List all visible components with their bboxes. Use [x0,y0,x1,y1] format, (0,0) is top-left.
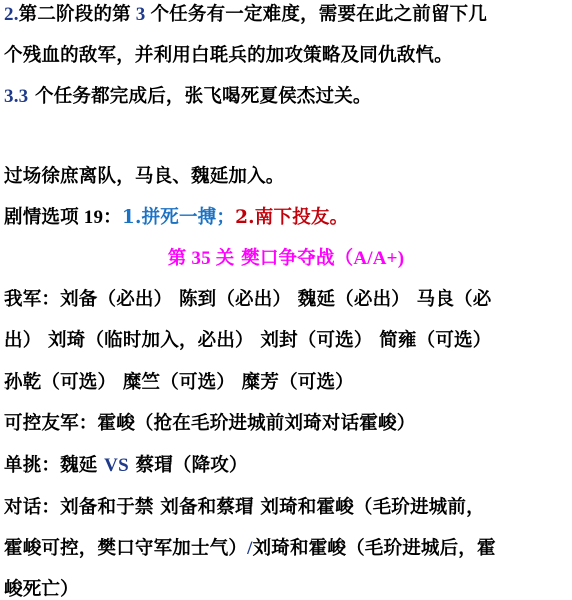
stage-name: 关 樊口争夺战（ [216,248,354,269]
duel-rest: 蔡瑁（降攻） [129,455,248,476]
controllable-ally-line: 可控友军：霍峻（抢在毛玠进城前刘琦对话霍峻） [4,409,572,439]
stage-title: 第 35 关 樊口争夺战（A/A+) [0,244,572,274]
our-army-line-3: 孙乾（可选） 糜竺（可选） 糜芳（可选） [4,368,572,398]
duel-label: 单挑：魏延 [4,455,104,476]
task3-line: 3.3 个任务都完成后，张飞喝死夏侯杰过关。 [4,82,572,112]
story-option-1: 1.拼死一搏； [122,207,235,228]
stage-rating: A/A+) [353,248,404,269]
story-choice-number: 19 [79,207,103,228]
task2-text-a: 第二阶段的第 [19,4,131,25]
story-choice-line: 剧情选项 19：1.拼死一搏；2.南下投友。 [4,203,572,233]
task-count-number: 3 [131,4,151,25]
dialogue-line-3: 峻死亡） [4,575,572,600]
cutscene-line: 过场徐庶离队，马良、魏延加入。 [4,162,572,192]
task3-number: 3.3 [4,86,28,107]
task2-line-2: 个残血的敌军，并利用白毦兵的加攻策略及同仇敌忾。 [4,41,572,71]
task2-number: 2. [4,4,19,25]
task2-text-b: 个任务有一定难度，需要在此之前留下几 [150,4,487,25]
dialogue-line-2a: 霍峻可控，樊口守军加士气） [4,538,247,559]
task3-text: 个任务都完成后，张飞喝死夏侯杰过关。 [28,86,371,107]
dialogue-line-2: 霍峻可控，樊口守军加士气）/刘琦和霍峻（毛玠进城后，霍 [4,534,572,564]
stage-title-prefix: 第 [168,248,187,269]
dialogue-line-2b: 刘琦和霍峻（毛玠进城后，霍 [253,538,496,559]
stage-number: 35 [186,248,215,269]
duel-line: 单挑：魏延 VS 蔡瑁（降攻） [4,451,572,481]
dialogue-line-1: 对话：刘备和于禁 刘备和蔡瑁 刘琦和霍峻（毛玠进城前， [4,493,572,523]
story-choice-colon: ： [103,207,122,228]
our-army-line-1: 我军：刘备（必出） 陈到（必出） 魏延（必出） 马良（必 [4,285,572,315]
our-army-line-2: 出） 刘琦（临时加入，必出） 刘封（可选） 简雍（可选） [4,326,572,356]
story-choice-label: 剧情选项 [4,207,79,228]
duel-vs: VS [104,455,129,476]
story-option-2: 2.南下投友。 [235,207,348,228]
task2-line-1: 2.第二阶段的第 3 个任务有一定难度，需要在此之前留下几 [4,0,572,30]
